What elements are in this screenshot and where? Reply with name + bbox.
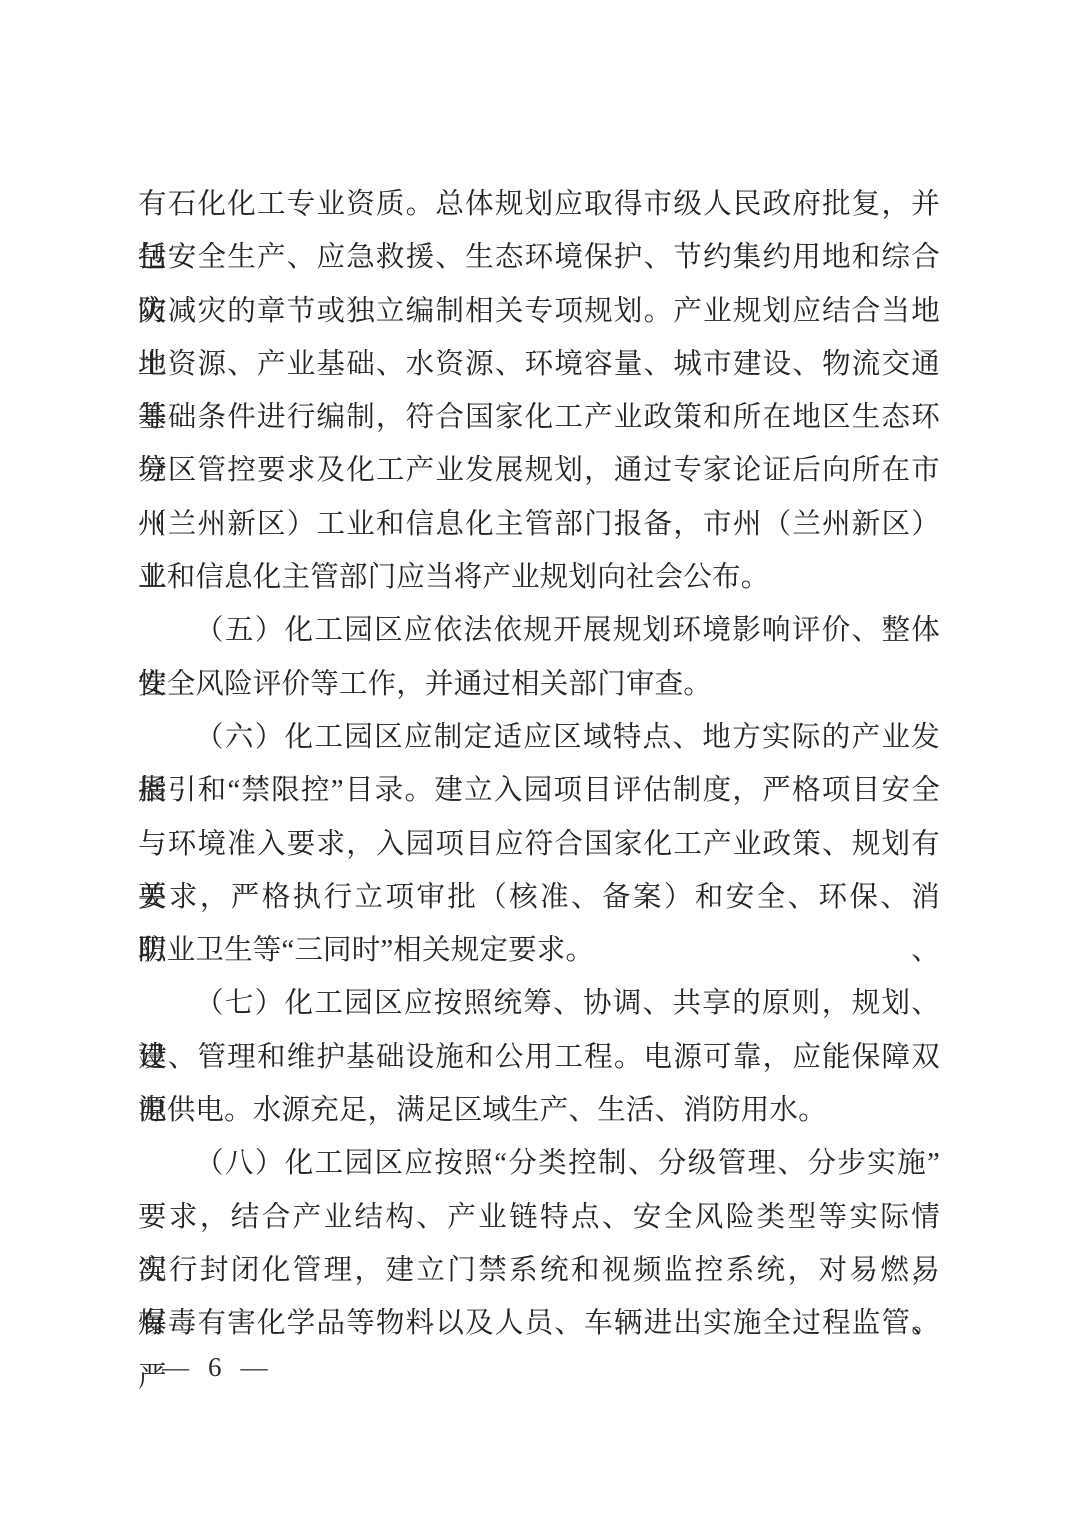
page-number-dash-right: — [241,1350,268,1384]
page-number: — 6 — [162,1350,268,1384]
document-body: 有石化化工专业资质。总体规划应取得市级人民政府批复，并包括安全生产、应急救援、生… [138,178,940,1351]
page-number-value: 6 [208,1350,222,1384]
text-line: （兰州新区）工业和信息化主管部门报备，市州（兰州新区）工 [138,498,940,551]
text-line: 地资源、产业基础、水资源、环境容量、城市建设、物流交通等 [138,338,940,391]
text-line: 有石化化工专业资质。总体规划应取得市级人民政府批复，并包 [138,178,940,231]
text-line: 设、管理和维护基础设施和公用工程。电源可靠，应能保障双电 [138,1031,940,1084]
text-line: 分区管控要求及化工产业发展规划，通过专家论证后向所在市州 [138,444,940,497]
text-line: 括安全生产、应急救援、生态环境保护、节约集约用地和综合防 [138,231,940,284]
text-line: 指引和“禁限控”目录。建立入园项目评估制度，严格项目安全 [138,764,940,817]
text-line: 有毒有害化学品等物料以及人员、车辆进出实施全过程监管。严 [138,1297,940,1350]
document-page: 有石化化工专业资质。总体规划应取得市级人民政府批复，并包括安全生产、应急救援、生… [0,0,1080,1527]
page-number-dash-left: — [162,1350,189,1384]
text-line: （五）化工园区应依法依规开展规划环境影响评价、整体性 [138,604,940,657]
text-line: （七）化工园区应按照统筹、协调、共享的原则，规划、建 [138,977,940,1030]
text-line: 实行封闭化管理，建立门禁系统和视频监控系统，对易燃易爆、 [138,1244,940,1297]
text-line: 业和信息化主管部门应当将产业规划向社会公布。 [138,551,940,604]
text-line: （六）化工园区应制定适应区域特点、地方实际的产业发展 [138,711,940,764]
text-line: 要求，严格执行立项审批（核准、备案）和安全、环保、消防、 [138,871,940,924]
text-line: 要求，结合产业结构、产业链特点、安全风险类型等实际情况， [138,1191,940,1244]
text-line: （八）化工园区应按照“分类控制、分级管理、分步实施” [138,1137,940,1190]
text-line: 源供电。水源充足，满足区域生产、生活、消防用水。 [138,1084,940,1137]
text-line: 灾减灾的章节或独立编制相关专项规划。产业规划应结合当地土 [138,285,940,338]
text-line: 基础条件进行编制，符合国家化工产业政策和所在地区生态环境 [138,391,940,444]
text-line: 安全风险评价等工作，并通过相关部门审查。 [138,658,940,711]
text-line: 与环境准入要求，入园项目应符合国家化工产业政策、规划有关 [138,818,940,871]
